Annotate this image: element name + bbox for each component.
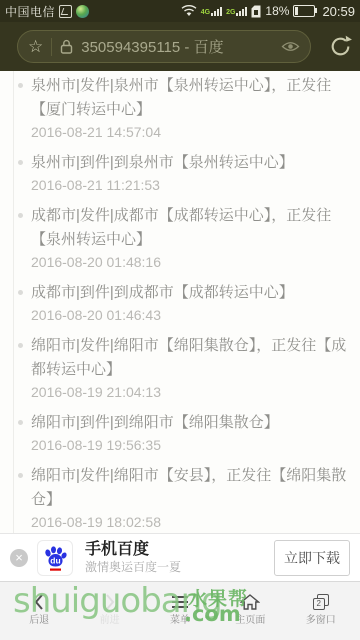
timeline-dot [18, 213, 23, 218]
event-time: 2016-08-21 11:21:53 [31, 175, 350, 196]
battery-icon [293, 5, 315, 17]
status-bar: 中国电信 4G 2G 18% 20:59 [0, 0, 360, 22]
event-time: 2016-08-21 14:57:04 [31, 122, 350, 143]
event-time: 2016-08-20 01:48:16 [31, 252, 350, 273]
tracking-event-list: 泉州市|发件|泉州市【泉州转运中心】，正发往【厦门转运中心】 2016-08-2… [0, 71, 360, 533]
baidu-paw-icon: du [41, 544, 69, 572]
nav-back-label: 后退 [29, 616, 49, 626]
notification-icon [59, 5, 72, 18]
nav-forward-label: 前进 [100, 616, 120, 626]
refresh-icon[interactable] [328, 34, 353, 59]
event-text: 泉州市|到件|到泉州市【泉州转运中心】 [31, 151, 350, 175]
event-text: 成都市|发件|成都市【成都转运中心】，正发往【泉州转运中心】 [31, 204, 350, 252]
baidu-logo: du [37, 540, 73, 576]
nav-menu-button[interactable]: 菜单 [149, 592, 211, 626]
nav-windows-label: 多窗口 [306, 616, 336, 626]
globe-icon [76, 5, 89, 18]
event-time: 2016-08-19 21:04:13 [31, 382, 350, 403]
home-icon [240, 592, 260, 612]
timeline-dot [18, 473, 23, 478]
event-time: 2016-08-19 19:56:35 [31, 435, 350, 456]
tracking-event: 绵阳市|发件|绵阳市【安县】，正发往【绵阳集散仓】 2016-08-19 18:… [31, 464, 350, 533]
app-tagline: 激情奥运百度一夏 [85, 559, 274, 575]
tracking-event: 泉州市|发件|泉州市【泉州转运中心】，正发往【厦门转运中心】 2016-08-2… [31, 74, 350, 143]
battery-percent-label: 18% [265, 4, 289, 18]
eye-icon[interactable] [281, 40, 300, 53]
status-icons: 4G 2G 18% 20:59 [181, 4, 355, 19]
event-text: 绵阳市|发件|绵阳市【安县】，正发往【绵阳集散仓】 [31, 464, 350, 512]
bookmark-star-icon[interactable]: ☆ [28, 38, 43, 55]
tracking-event: 绵阳市|发件|绵阳市【绵阳集散仓】，正发往【成都转运中心】 2016-08-19… [31, 334, 350, 403]
nav-home-label: 主页面 [235, 616, 265, 626]
lock-icon [60, 39, 73, 54]
nav-menu-label: 菜单 [170, 616, 190, 626]
svg-text:du: du [50, 555, 60, 565]
event-text: 成都市|到件|到成都市【成都转运中心】 [31, 281, 350, 305]
timeline-dot [18, 420, 23, 425]
browser-nav-bar: 后退 前进 菜单 主页面 2 多窗口 [0, 581, 360, 640]
event-time: 2016-08-20 01:46:43 [31, 305, 350, 326]
signal-4g-icon: 4G [201, 7, 222, 16]
forward-arrow-icon [104, 592, 116, 612]
nav-forward-button[interactable]: 前进 [79, 592, 141, 626]
banner-text: 手机百度 激情奥运百度一夏 [85, 540, 274, 575]
battery-nub [315, 8, 317, 13]
event-time: 2016-08-19 18:02:58 [31, 512, 350, 533]
back-arrow-icon [33, 592, 45, 612]
app-name: 手机百度 [85, 540, 274, 559]
url-text[interactable]: 350594395115 - 百度 [81, 36, 281, 57]
menu-icon [172, 592, 188, 612]
download-banner: × du 手机百度 激情奥运百度一夏 立即下载 [0, 533, 360, 581]
divider [51, 38, 52, 56]
window-count-badge: 2 [313, 598, 325, 610]
event-text: 绵阳市|到件|到绵阳市【绵阳集散仓】 [31, 411, 350, 435]
event-text: 绵阳市|发件|绵阳市【绵阳集散仓】，正发往【成都转运中心】 [31, 334, 350, 382]
page-content[interactable]: 泉州市|发件|泉州市【泉州转运中心】，正发往【厦门转运中心】 2016-08-2… [0, 71, 360, 533]
download-button[interactable]: 立即下载 [274, 540, 350, 576]
timeline-dot [18, 290, 23, 295]
tracking-event: 成都市|到件|到成都市【成都转运中心】 2016-08-20 01:46:43 [31, 281, 350, 326]
tracking-event: 成都市|发件|成都市【成都转运中心】，正发往【泉州转运中心】 2016-08-2… [31, 204, 350, 273]
timeline-dot [18, 160, 23, 165]
close-icon[interactable]: × [10, 549, 28, 567]
carrier-label: 中国电信 [5, 3, 55, 20]
address-bar-row: ☆ 350594395115 - 百度 [0, 22, 360, 71]
multi-window-icon: 2 [313, 592, 329, 612]
wifi-icon [181, 5, 197, 17]
timeline-dot [18, 83, 23, 88]
nav-windows-button[interactable]: 2 多窗口 [290, 592, 352, 626]
tracking-event: 绵阳市|到件|到绵阳市【绵阳集散仓】 2016-08-19 19:56:35 [31, 411, 350, 456]
url-field[interactable]: ☆ 350594395115 - 百度 [17, 30, 311, 63]
signal-2g-icon: 2G [226, 7, 247, 16]
nav-home-button[interactable]: 主页面 [219, 592, 281, 626]
nav-back-button[interactable]: 后退 [8, 592, 70, 626]
sim-card-icon [251, 5, 261, 18]
timeline-dot [18, 343, 23, 348]
event-text: 泉州市|发件|泉州市【泉州转运中心】，正发往【厦门转运中心】 [31, 74, 350, 122]
clock-label: 20:59 [322, 4, 355, 19]
battery-fill [295, 7, 298, 15]
tracking-event: 泉州市|到件|到泉州市【泉州转运中心】 2016-08-21 11:21:53 [31, 151, 350, 196]
